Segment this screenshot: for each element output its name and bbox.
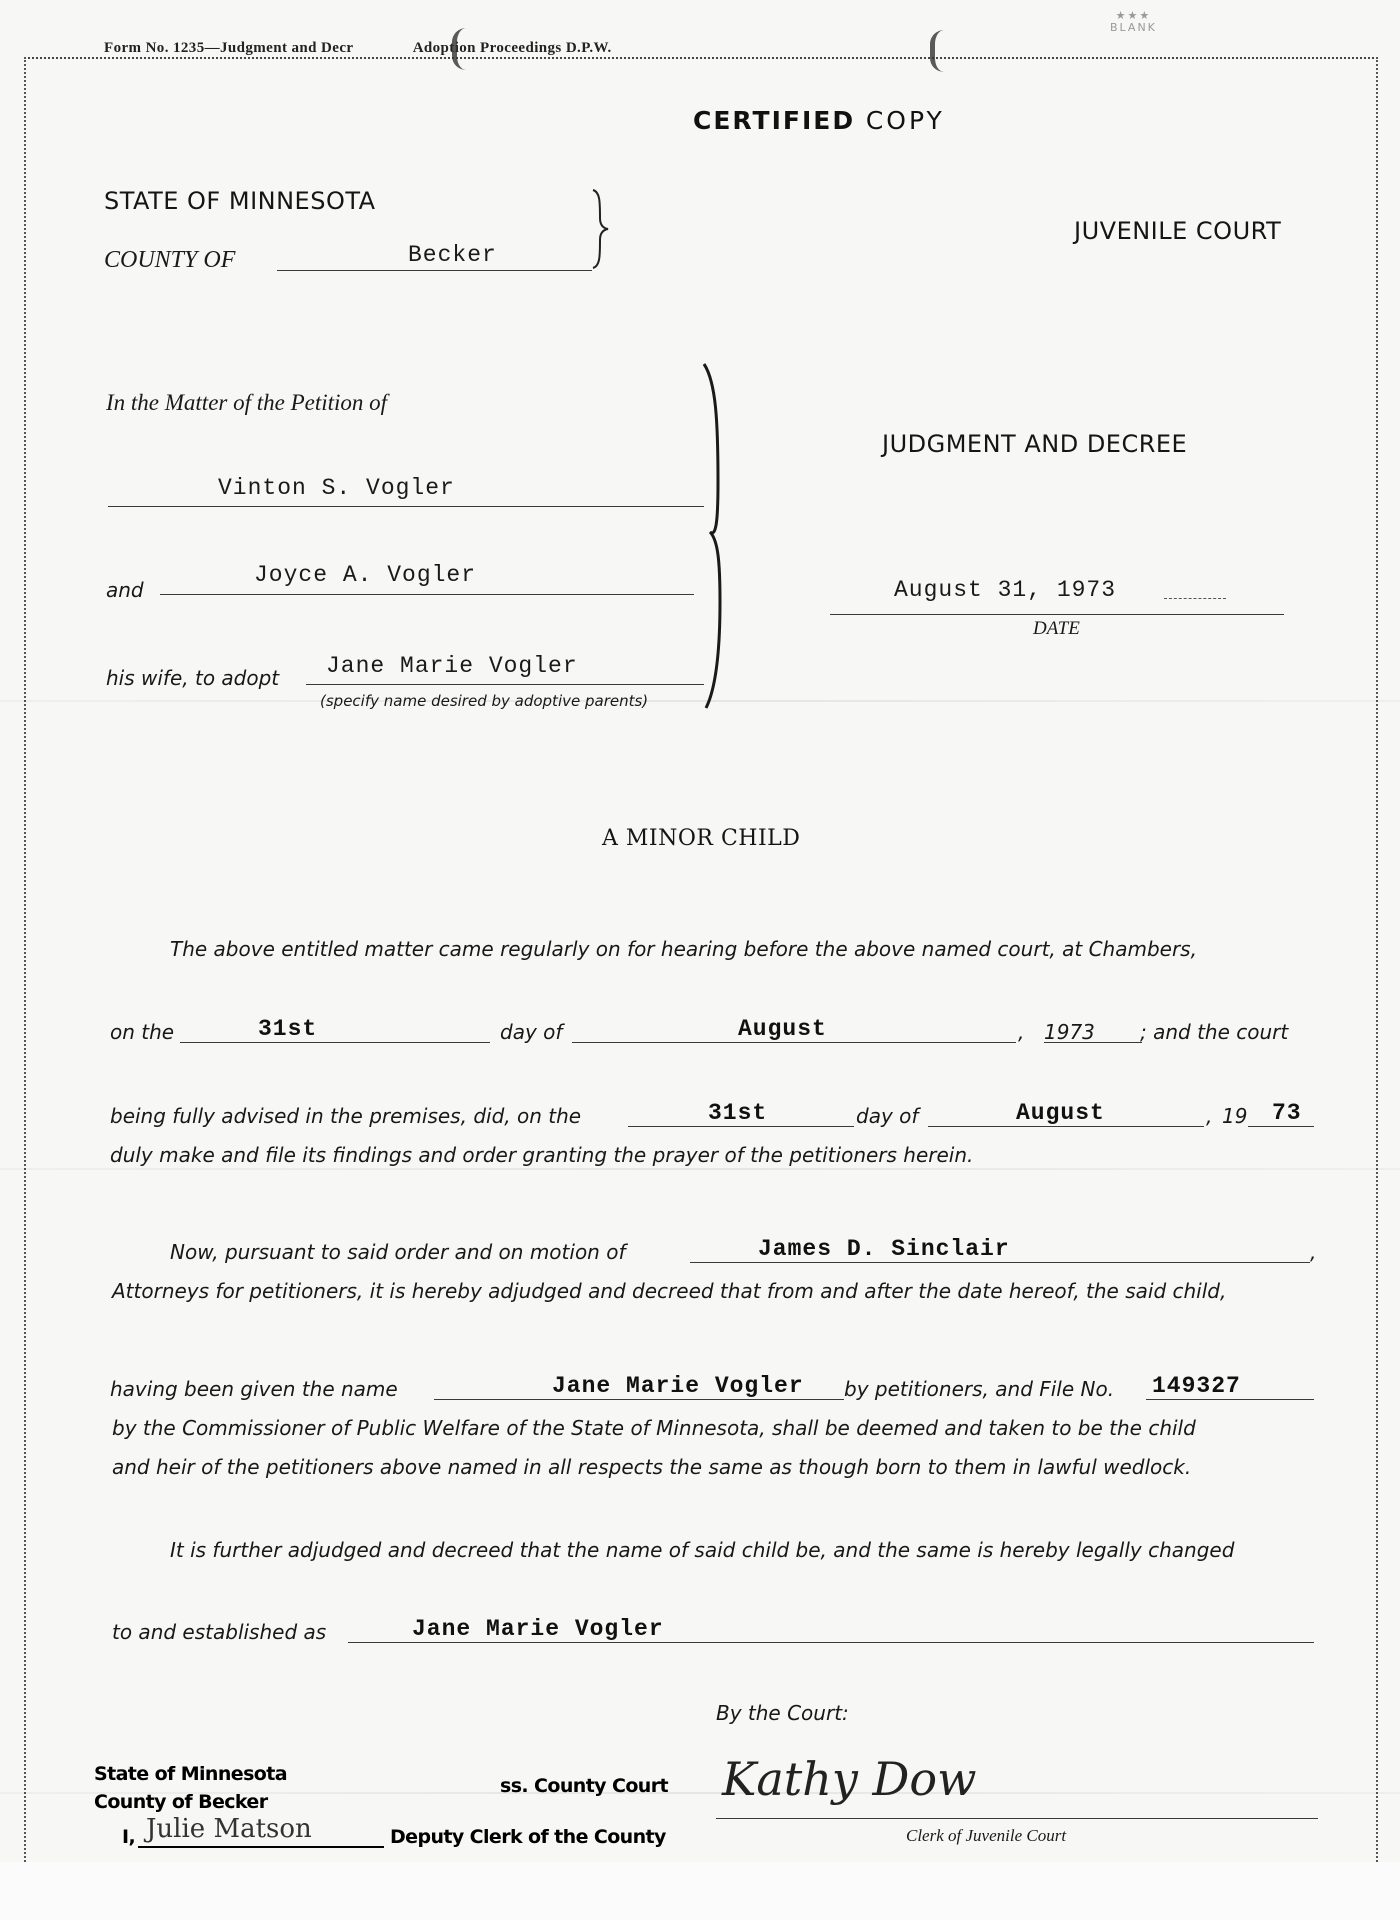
file-no-underline (1146, 1399, 1314, 1400)
findings-year[interactable]: 73 (1272, 1100, 1302, 1126)
adopt-label: his wife, to adopt (106, 666, 279, 690)
stamp-ss-court: ss. County Court (500, 1775, 668, 1797)
file-number[interactable]: 149327 (1152, 1373, 1241, 1399)
deputy-signature: Julie Matson (146, 1814, 312, 1844)
para2-line4: by the Commissioner of Public Welfare of… (112, 1416, 1196, 1440)
given-name[interactable]: Jane Marie Vogler (552, 1373, 804, 1399)
petitioner-1-underline (108, 506, 704, 507)
page-bottom-margin (0, 1862, 1400, 1920)
date-underline (830, 614, 1284, 615)
attorney-name[interactable]: James D. Sinclair (758, 1236, 1010, 1262)
para1-last: duly make and file its findings and orde… (110, 1143, 973, 1167)
document-title: JUDGMENT AND DECREE (882, 430, 1187, 458)
deputy-underline (138, 1846, 384, 1848)
petitioner-1-name[interactable]: Vinton S. Vogler (218, 475, 455, 501)
decree-date[interactable]: August 31, 1973 (894, 577, 1116, 603)
findings-year-underline (1248, 1126, 1314, 1127)
attorney-underline (690, 1262, 1310, 1263)
matter-label: In the Matter of the Petition of (106, 390, 387, 416)
hearing-year[interactable]: 1973 (1044, 1020, 1095, 1044)
signature-underline (716, 1818, 1318, 1819)
findings-month[interactable]: August (1016, 1100, 1105, 1126)
hearing-month[interactable]: August (738, 1016, 827, 1042)
staple-clip-icon (930, 30, 949, 72)
hearing-day[interactable]: 31st (258, 1016, 317, 1042)
by-the-court-label: By the Court: (716, 1701, 849, 1725)
form-header-right: Adoption Proceedings D.P.W. (413, 40, 612, 56)
day-of-label: day of (500, 1020, 562, 1044)
on-the-label: on the (110, 1020, 174, 1044)
paper-fold (0, 1168, 1400, 1170)
clerk-title: Clerk of Juvenile Court (906, 1826, 1066, 1846)
date-mark (1164, 598, 1226, 599)
hearing-day-underline (180, 1042, 490, 1043)
caption-brace-icon (700, 362, 730, 710)
form-header-left: Form No. 1235—Judgment and Decr (104, 40, 353, 56)
year-prefix: 19 (1222, 1104, 1247, 1128)
established-label: to and established as (112, 1620, 326, 1644)
adoptee-underline (306, 684, 704, 685)
given-name-label: having been given the name (110, 1377, 398, 1401)
minor-child-label: A MINOR CHILD (602, 826, 800, 851)
adoptee-hint: (specify name desired by adoptive parent… (320, 692, 648, 710)
county-label: COUNTY OF (104, 247, 235, 274)
venue-brace-icon (590, 188, 612, 270)
established-name[interactable]: Jane Marie Vogler (412, 1616, 664, 1642)
by-petitioners-label: by petitioners, and File No. (844, 1377, 1114, 1401)
para1-line1: The above entitled matter came regularly… (170, 937, 1197, 961)
petitioner-2-name[interactable]: Joyce A. Vogler (254, 562, 476, 588)
page-border-right (1376, 57, 1378, 1862)
court-name: JUVENILE COURT (1074, 217, 1281, 245)
state-label: STATE OF MINNESOTA (104, 187, 376, 215)
advised-text: being fully advised in the premises, did… (110, 1104, 581, 1128)
comma-2: , (1206, 1104, 1212, 1128)
clerk-signature: Kathy Dow (722, 1752, 976, 1806)
stamp-county: County of Becker (94, 1791, 267, 1813)
stamp-prefix: I, (122, 1826, 135, 1848)
day-of-label-2: day of (856, 1104, 918, 1128)
para2-start: Now, pursuant to said order and on motio… (170, 1240, 626, 1264)
page-border-top (24, 57, 1378, 59)
adoptee-name[interactable]: Jane Marie Vogler (326, 653, 578, 679)
comma-3: , (1310, 1240, 1316, 1264)
county-value[interactable]: Becker (408, 242, 497, 268)
blank-stamp: ★★★ BLANK (1110, 10, 1157, 34)
comma: , (1018, 1020, 1024, 1044)
para2-line2: Attorneys for petitioners, it is hereby … (112, 1279, 1226, 1303)
stamp-state: State of Minnesota (94, 1763, 287, 1785)
and-the-court: ; and the court (1140, 1020, 1288, 1044)
para3-line1: It is further adjudged and decreed that … (170, 1538, 1234, 1562)
staple-clip-icon (452, 28, 471, 70)
petitioner-2-underline (160, 594, 694, 595)
form-number-header: Form No. 1235—Judgment and Decr Adoption… (100, 40, 616, 57)
established-underline (348, 1642, 1314, 1643)
given-name-underline (434, 1399, 844, 1400)
hearing-year-underline (1044, 1042, 1142, 1043)
stamp-deputy-title: Deputy Clerk of the County (390, 1826, 666, 1848)
date-label: DATE (1033, 618, 1080, 640)
page-border-left (24, 57, 26, 1862)
county-underline (277, 270, 592, 271)
findings-month-underline (928, 1126, 1204, 1127)
and-label: and (106, 578, 144, 602)
findings-day-underline (628, 1126, 854, 1127)
hearing-month-underline (572, 1042, 1016, 1043)
para2-line5: and heir of the petitioners above named … (112, 1455, 1191, 1479)
findings-day[interactable]: 31st (708, 1100, 767, 1126)
certified-copy-stamp: CERTIFIED COPY (693, 106, 945, 135)
